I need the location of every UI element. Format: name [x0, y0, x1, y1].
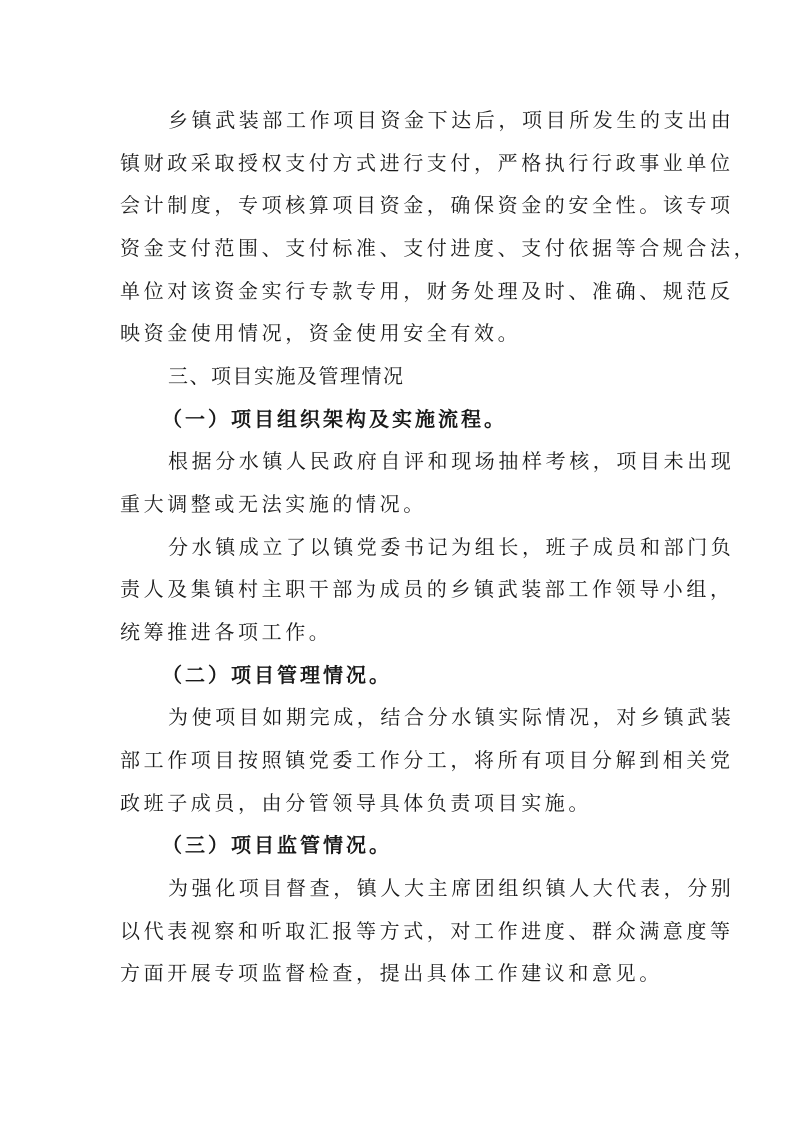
body-text-line: 以代表视察和听取汇报等方式，对工作进度、群众满意度等 — [120, 916, 680, 946]
subsection-heading: （一）项目组织架构及实施流程。 — [162, 404, 722, 434]
body-text-line: 分水镇成立了以镇党委书记为组长，班子成员和部门负 — [168, 532, 728, 562]
body-text-line: 方面开展专项监督检查，提出具体工作建议和意见。 — [120, 958, 680, 988]
body-text-line: 映资金使用情况，资金使用安全有效。 — [120, 318, 680, 348]
body-text-line: 部工作项目按照镇党委工作分工，将所有项目分解到相关党 — [120, 745, 680, 775]
body-text-line: 根据分水镇人民政府自评和现场抽样考核，项目未出现 — [168, 446, 728, 476]
body-text-line: 为使项目如期完成，结合分水镇实际情况，对乡镇武装 — [168, 702, 728, 732]
subsection-heading: （二）项目管理情况。 — [162, 660, 722, 690]
section-heading: 三、项目实施及管理情况 — [168, 361, 728, 391]
document-page: 乡镇武装部工作项目资金下达后，项目所发生的支出由 镇财政采取授权支付方式进行支付… — [0, 0, 793, 1122]
body-text-line: 重大调整或无法实施的情况。 — [120, 489, 680, 519]
body-text-line: 统筹推进各项工作。 — [120, 617, 680, 647]
body-text-line: 资金支付范围、支付标准、支付进度、支付依据等合规合法， — [120, 233, 680, 263]
body-text-line: 责人及集镇村主职干部为成员的乡镇武装部工作领导小组， — [120, 574, 680, 604]
body-text-line: 为强化项目督查，镇人大主席团组织镇人大代表，分别 — [168, 873, 728, 903]
body-text-line: 单位对该资金实行专款专用，财务处理及时、准确、规范反 — [120, 276, 680, 306]
body-text-line: 镇财政采取授权支付方式进行支付，严格执行行政事业单位 — [120, 148, 680, 178]
body-text-line: 会计制度，专项核算项目资金，确保资金的安全性。该专项 — [120, 190, 680, 220]
body-text-line: 政班子成员，由分管领导具体负责项目实施。 — [120, 788, 680, 818]
subsection-heading: （三）项目监管情况。 — [162, 830, 722, 860]
body-text-line: 乡镇武装部工作项目资金下达后，项目所发生的支出由 — [168, 105, 728, 135]
